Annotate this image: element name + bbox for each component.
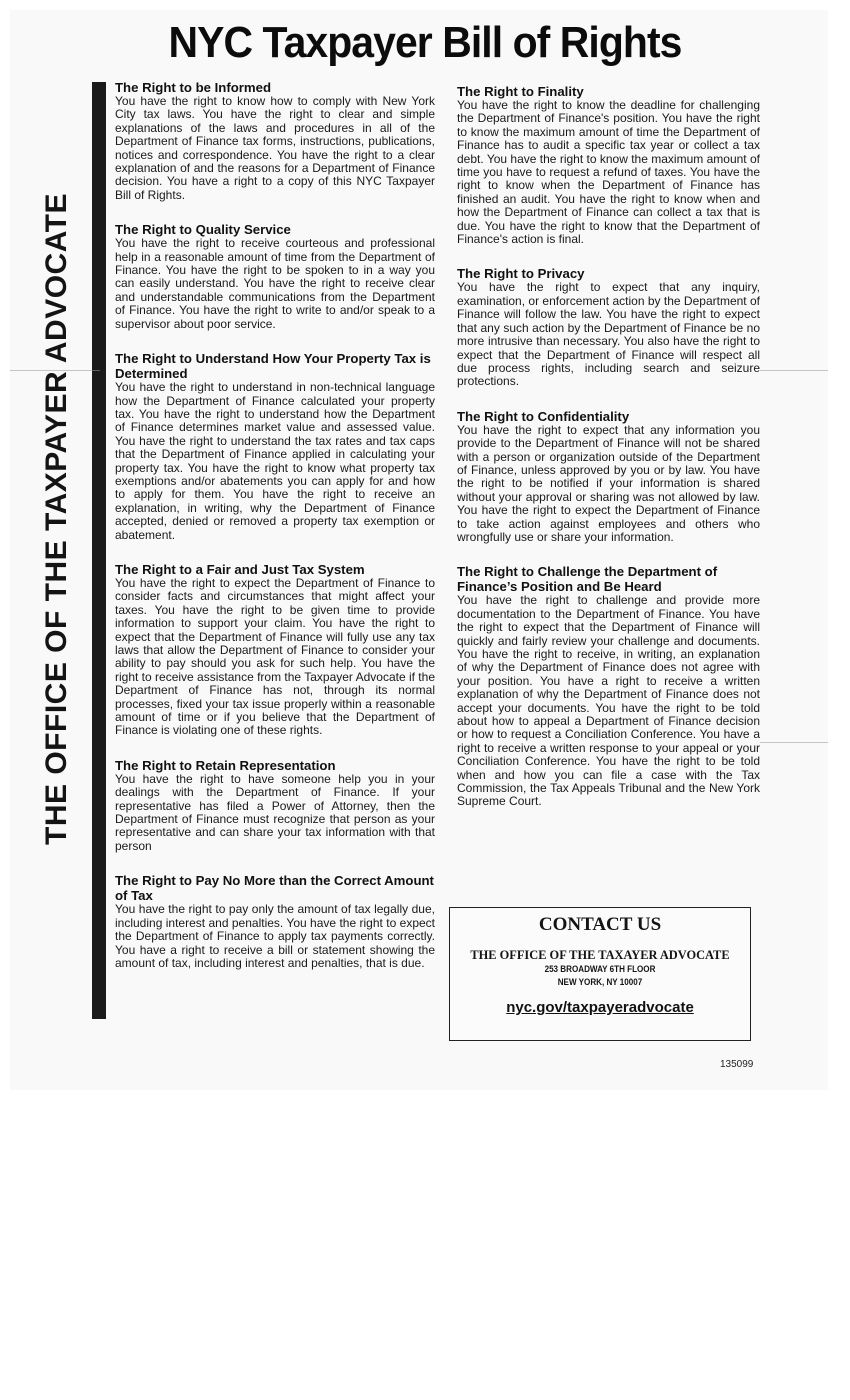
section-heading: The Right to Quality Service bbox=[115, 222, 435, 237]
section-heading: The Right to Understand How Your Propert… bbox=[115, 351, 435, 381]
section-body: You have the right to challenge and prov… bbox=[457, 594, 760, 809]
section-right-to-retain-representation: The Right to Retain Representation You h… bbox=[115, 758, 435, 853]
section-right-to-understand-property-tax: The Right to Understand How Your Propert… bbox=[115, 351, 435, 542]
fold-crease-line bbox=[10, 370, 100, 371]
section-heading: The Right to be Informed bbox=[115, 80, 435, 95]
section-heading: The Right to Confidentiality bbox=[457, 409, 760, 424]
fold-crease-line bbox=[760, 742, 828, 743]
section-body: You have the right to know the deadline … bbox=[457, 99, 760, 246]
section-body: You have the right to receive courteous … bbox=[115, 237, 435, 331]
vertical-accent-bar bbox=[92, 82, 106, 1019]
section-right-to-finality: The Right to Finality You have the right… bbox=[457, 84, 760, 246]
section-right-to-confidentiality: The Right to Confidentiality You have th… bbox=[457, 409, 760, 545]
section-right-to-challenge: The Right to Challenge the Department of… bbox=[457, 564, 760, 809]
section-body: You have the right to expect that any in… bbox=[457, 424, 760, 545]
section-body: You have the right to know how to comply… bbox=[115, 95, 435, 202]
contact-address-line2: NEW YORK, NY 10007 bbox=[473, 976, 728, 989]
section-heading: The Right to Challenge the Department of… bbox=[457, 564, 760, 594]
section-body: You have the right to pay only the amoun… bbox=[115, 903, 435, 970]
section-heading: The Right to a Fair and Just Tax System bbox=[115, 562, 435, 577]
section-body: You have the right to expect the Departm… bbox=[115, 577, 435, 738]
form-code: 135099 bbox=[720, 1059, 753, 1070]
contact-website-link[interactable]: nyc.gov/taxpayeradvocate bbox=[506, 999, 694, 1016]
right-column: The Right to Finality You have the right… bbox=[457, 84, 760, 823]
section-body: You have the right to understand in non-… bbox=[115, 381, 435, 542]
section-right-to-pay-correct-amount: The Right to Pay No More than the Correc… bbox=[115, 873, 435, 970]
section-right-to-be-informed: The Right to be Informed You have the ri… bbox=[115, 80, 435, 202]
contact-organization: THE OFFICE OF THE TAXAYER ADVOCATE bbox=[450, 948, 750, 963]
contact-address-line1: 253 BROADWAY 6TH FLOOR bbox=[473, 963, 728, 976]
section-right-to-fair-tax-system: The Right to a Fair and Just Tax System … bbox=[115, 562, 435, 738]
contact-box: CONTACT US THE OFFICE OF THE TAXAYER ADV… bbox=[449, 907, 751, 1041]
section-body: You have the right to have someone help … bbox=[115, 773, 435, 853]
section-right-to-privacy: The Right to Privacy You have the right … bbox=[457, 266, 760, 388]
side-label-office: THE OFFICE OF THE TAXPAYER ADVOCATE bbox=[40, 255, 84, 845]
left-column: The Right to be Informed You have the ri… bbox=[115, 80, 435, 984]
section-heading: The Right to Privacy bbox=[457, 266, 760, 281]
section-heading: The Right to Finality bbox=[457, 84, 760, 99]
section-heading: The Right to Pay No More than the Correc… bbox=[115, 873, 435, 903]
section-body: You have the right to expect that any in… bbox=[457, 281, 760, 388]
fold-crease-line bbox=[760, 370, 828, 371]
page-title: NYC Taxpayer Bill of Rights bbox=[30, 18, 821, 68]
contact-title: CONTACT US bbox=[450, 914, 750, 936]
section-heading: The Right to Retain Representation bbox=[115, 758, 435, 773]
section-right-to-quality-service: The Right to Quality Service You have th… bbox=[115, 222, 435, 331]
